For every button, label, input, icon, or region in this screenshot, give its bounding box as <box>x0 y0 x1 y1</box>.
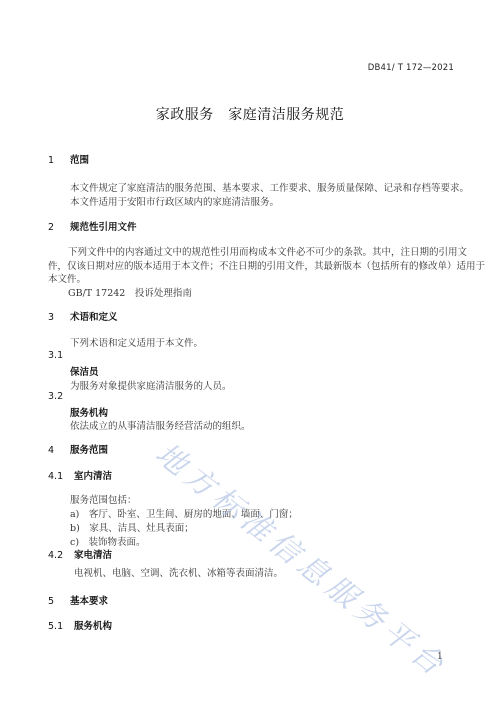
standard-code: DB41/ T 172—2021 <box>368 63 454 73</box>
term-number: 3.2 <box>48 391 63 402</box>
paragraph: 电视机、电脑、空调、洗衣机、冰箱等表面清洁。 <box>74 565 283 579</box>
subsection-number: 4.1 <box>48 471 74 482</box>
page-number: 1 <box>437 652 443 662</box>
section-2-heading: 2规范性引用文件 <box>48 219 137 233</box>
list-item: b) 家具、洁具、灶具表面； <box>70 520 194 534</box>
list-item: a) 客厅、卧室、卫生间、厨房的地面、墙面、门窗； <box>70 506 298 520</box>
section-number: 1 <box>48 155 70 166</box>
paragraph-line: 本文件。 <box>48 271 86 285</box>
term-number: 3.1 <box>48 350 63 361</box>
paragraph-line: 件，仅该日期对应的版本适用于本文件；不注日期的引用文件，其最新版本（包括所有的修… <box>48 258 485 272</box>
subsection-title: 家电清洁 <box>74 550 112 561</box>
subsection-title: 室内清洁 <box>74 471 112 482</box>
document-title: 家政服务 家庭清洁服务规范 <box>0 104 500 124</box>
section-title: 范围 <box>70 155 89 166</box>
term-definition: 为服务对象提供家庭清洁服务的人员。 <box>70 378 232 392</box>
normative-reference: GB/T 17242 投诉处理指南 <box>68 285 192 299</box>
section-3-heading: 3术语和定义 <box>48 309 118 323</box>
subsection-number: 5.1 <box>48 621 74 632</box>
section-title: 服务范围 <box>70 445 108 456</box>
watermark: 地方标准信息服务平台 <box>148 430 459 686</box>
paragraph: 服务范围包括： <box>70 492 137 506</box>
section-number: 2 <box>48 222 70 233</box>
section-5-heading: 5基本要求 <box>48 593 108 607</box>
section-title: 基本要求 <box>70 596 108 607</box>
section-number: 5 <box>48 596 70 607</box>
section-1-heading: 1范围 <box>48 152 89 166</box>
paragraph: 本文件适用于安阳市行政区域内的家庭清洁服务。 <box>70 194 279 208</box>
paragraph: 下列术语和定义适用于本文件。 <box>70 335 203 349</box>
subsection-title: 服务机构 <box>74 621 112 632</box>
paragraph: 本文件规定了家庭清洁的服务范围、基本要求、工作要求、服务质量保障、记录和存档等要… <box>70 180 469 194</box>
section-number: 4 <box>48 445 70 456</box>
section-title: 规范性引用文件 <box>70 222 137 233</box>
subsection-number: 4.2 <box>48 550 74 561</box>
term-definition: 依法成立的从事清洁服务经营活动的组织。 <box>70 418 251 432</box>
list-item: c) 装饰物表面。 <box>70 534 146 548</box>
section-number: 3 <box>48 312 70 323</box>
paragraph-line: 下列文件中的内容通过文中的规范性引用而构成本文件必不可少的条款。其中，注日期的引… <box>68 244 467 258</box>
subsection-4-1-heading: 4.1室内清洁 <box>48 468 112 482</box>
term-name: 保洁员 <box>70 364 99 378</box>
term-name: 服务机构 <box>70 405 108 419</box>
subsection-5-1-heading: 5.1服务机构 <box>48 618 112 632</box>
subsection-4-2-heading: 4.2家电清洁 <box>48 547 112 561</box>
document-page: DB41/ T 172—2021 家政服务 家庭清洁服务规范 1范围 本文件规定… <box>0 0 500 707</box>
section-title: 术语和定义 <box>70 312 118 323</box>
section-4-heading: 4服务范围 <box>48 442 108 456</box>
